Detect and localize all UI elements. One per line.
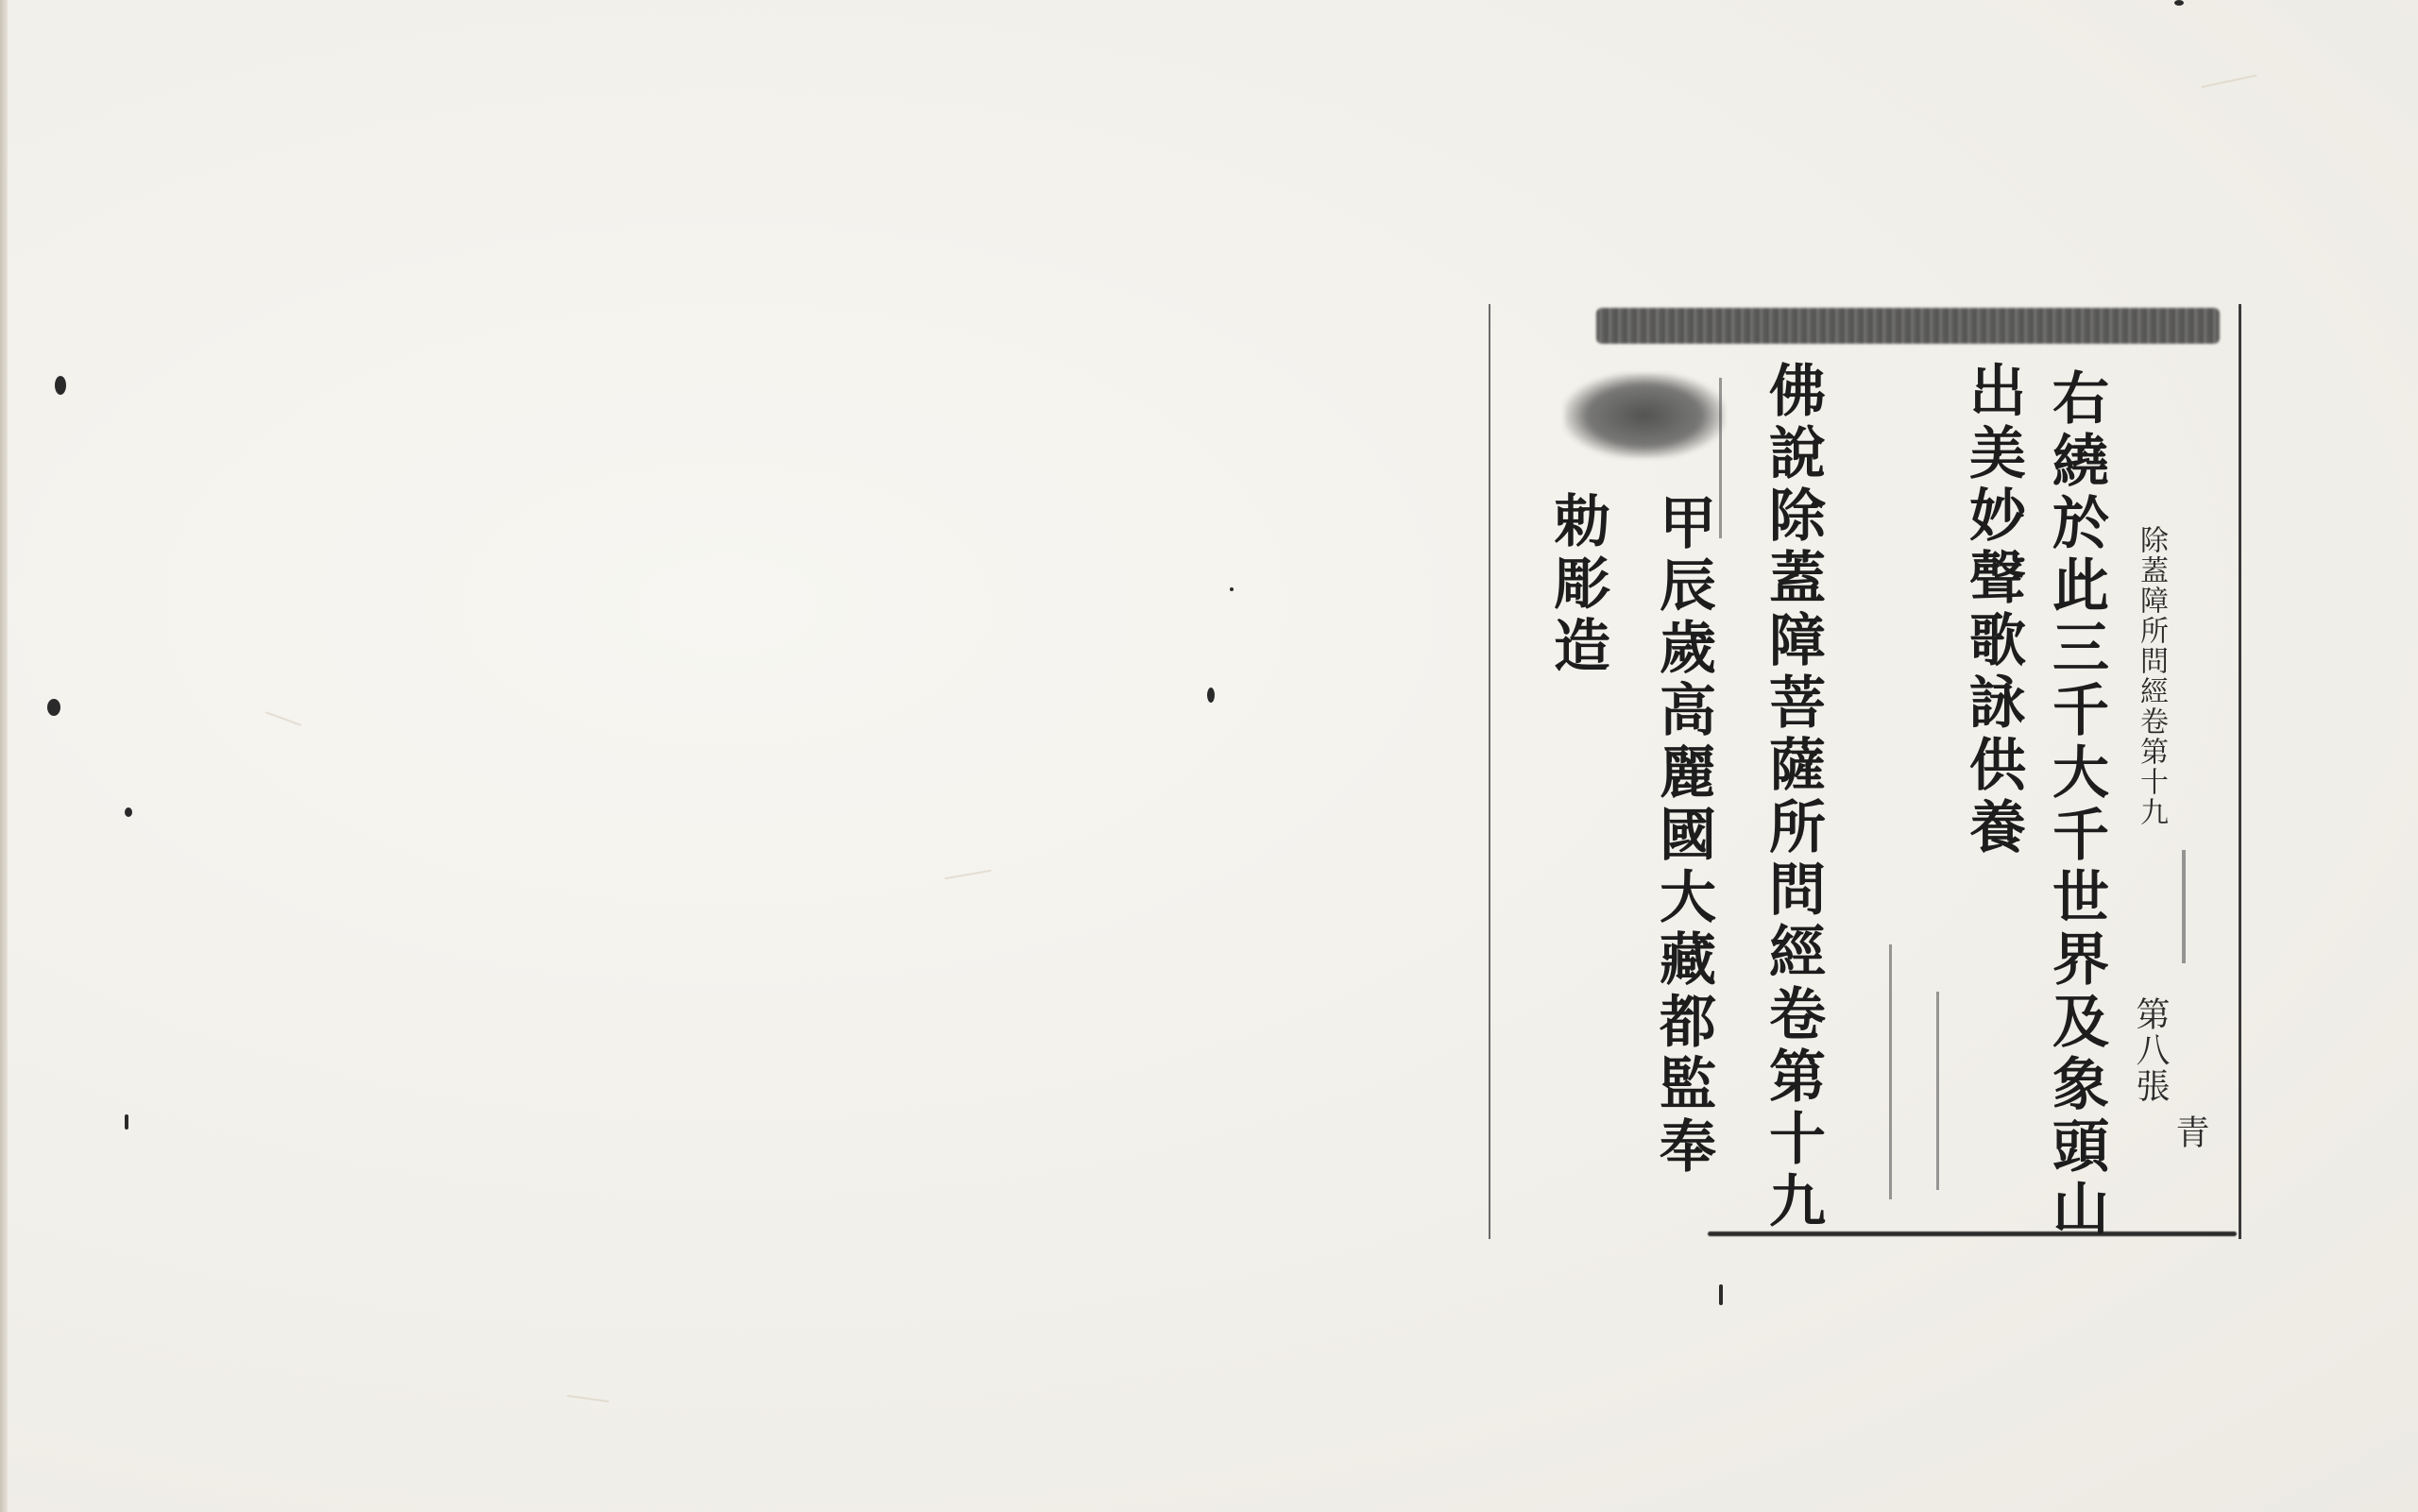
paper-speck xyxy=(2174,0,2184,6)
paper-speck xyxy=(1207,688,1215,703)
page-marker: 第八張 xyxy=(2133,996,2167,1104)
paper-speck xyxy=(47,699,60,716)
paper-speck xyxy=(125,807,132,817)
paper-left-edge xyxy=(0,0,8,1512)
block-crack xyxy=(2182,850,2186,963)
paper-speck xyxy=(1719,1284,1723,1305)
ink-smudge xyxy=(1564,373,1725,458)
margin-title: 除蓋障所問經卷第十九 xyxy=(2137,525,2165,827)
text-column-3: 佛說除蓋障菩薩所問經卷第十九 xyxy=(1764,361,1821,1233)
block-crack xyxy=(1719,378,1722,538)
paper-speck xyxy=(1230,587,1234,591)
frame-top-border xyxy=(1596,308,2220,344)
text-column-5: 勅彫造 xyxy=(1549,491,1606,678)
text-column-1: 右繞於此三千大千世界及象頭山 xyxy=(2048,368,2104,1241)
block-crack xyxy=(1889,944,1892,1199)
block-crack xyxy=(1936,992,1939,1190)
case-mark: 青 xyxy=(2172,1114,2206,1150)
text-column-2: 出美妙聲歌詠供養 xyxy=(1965,361,2021,859)
paper-speck xyxy=(55,376,66,395)
paper-speck xyxy=(125,1114,128,1130)
text-column-4: 甲辰歲高麗國大藏都監奉 xyxy=(1655,493,1711,1179)
